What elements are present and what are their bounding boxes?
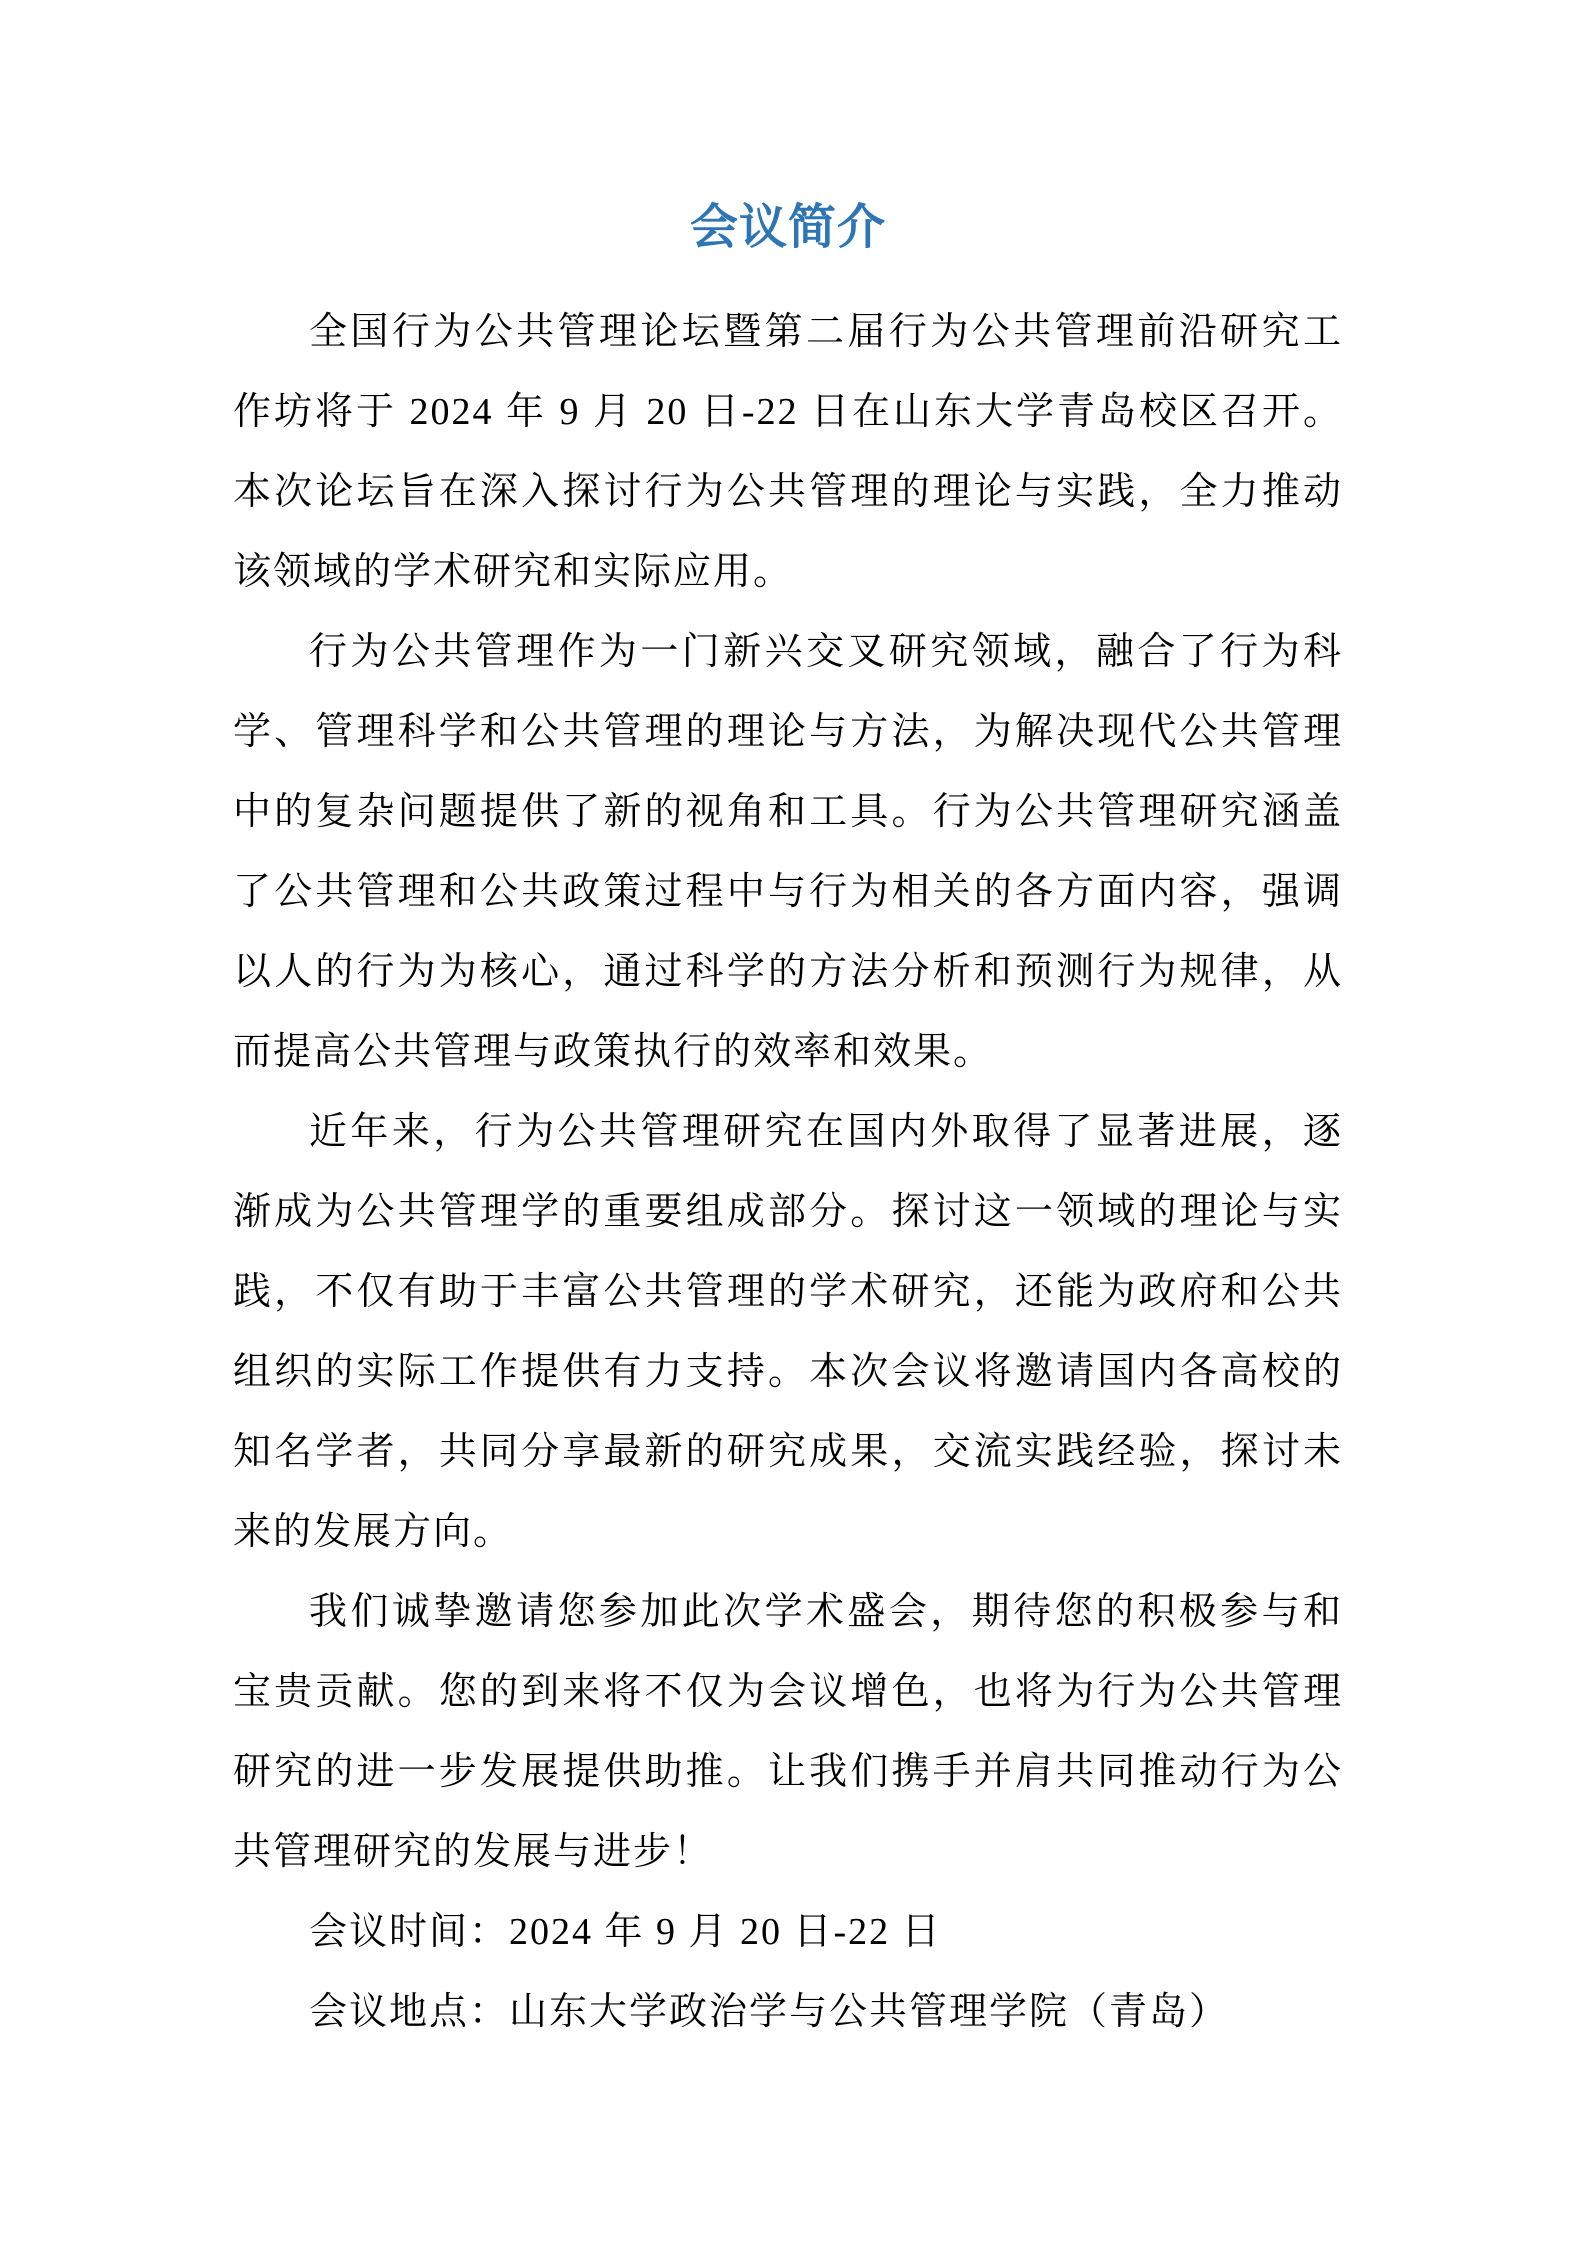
conference-time-line: 会议时间：2024 年 9 月 20 日-22 日 [233,1892,1343,1972]
paragraph-invitation: 我们诚挚邀请您参加此次学术盛会，期待您的积极参与和宝贵贡献。您的到来将不仅为会议… [233,1572,1343,1892]
document-title: 会议简介 [233,188,1343,268]
paragraph-field-overview: 行为公共管理作为一门新兴交叉研究领域，融合了行为科学、管理科学和公共管理的理论与… [233,612,1343,1092]
paragraph-intro: 全国行为公共管理论坛暨第二届行为公共管理前沿研究工作坊将于 2024 年 9 月… [233,292,1343,612]
document-page: 会议简介 全国行为公共管理论坛暨第二届行为公共管理前沿研究工作坊将于 2024 … [0,0,1587,2245]
conference-location-line: 会议地点：山东大学政治学与公共管理学院（青岛） [233,1972,1343,2052]
paragraph-recent-progress: 近年来，行为公共管理研究在国内外取得了显著进展，逐渐成为公共管理学的重要组成部分… [233,1092,1343,1572]
